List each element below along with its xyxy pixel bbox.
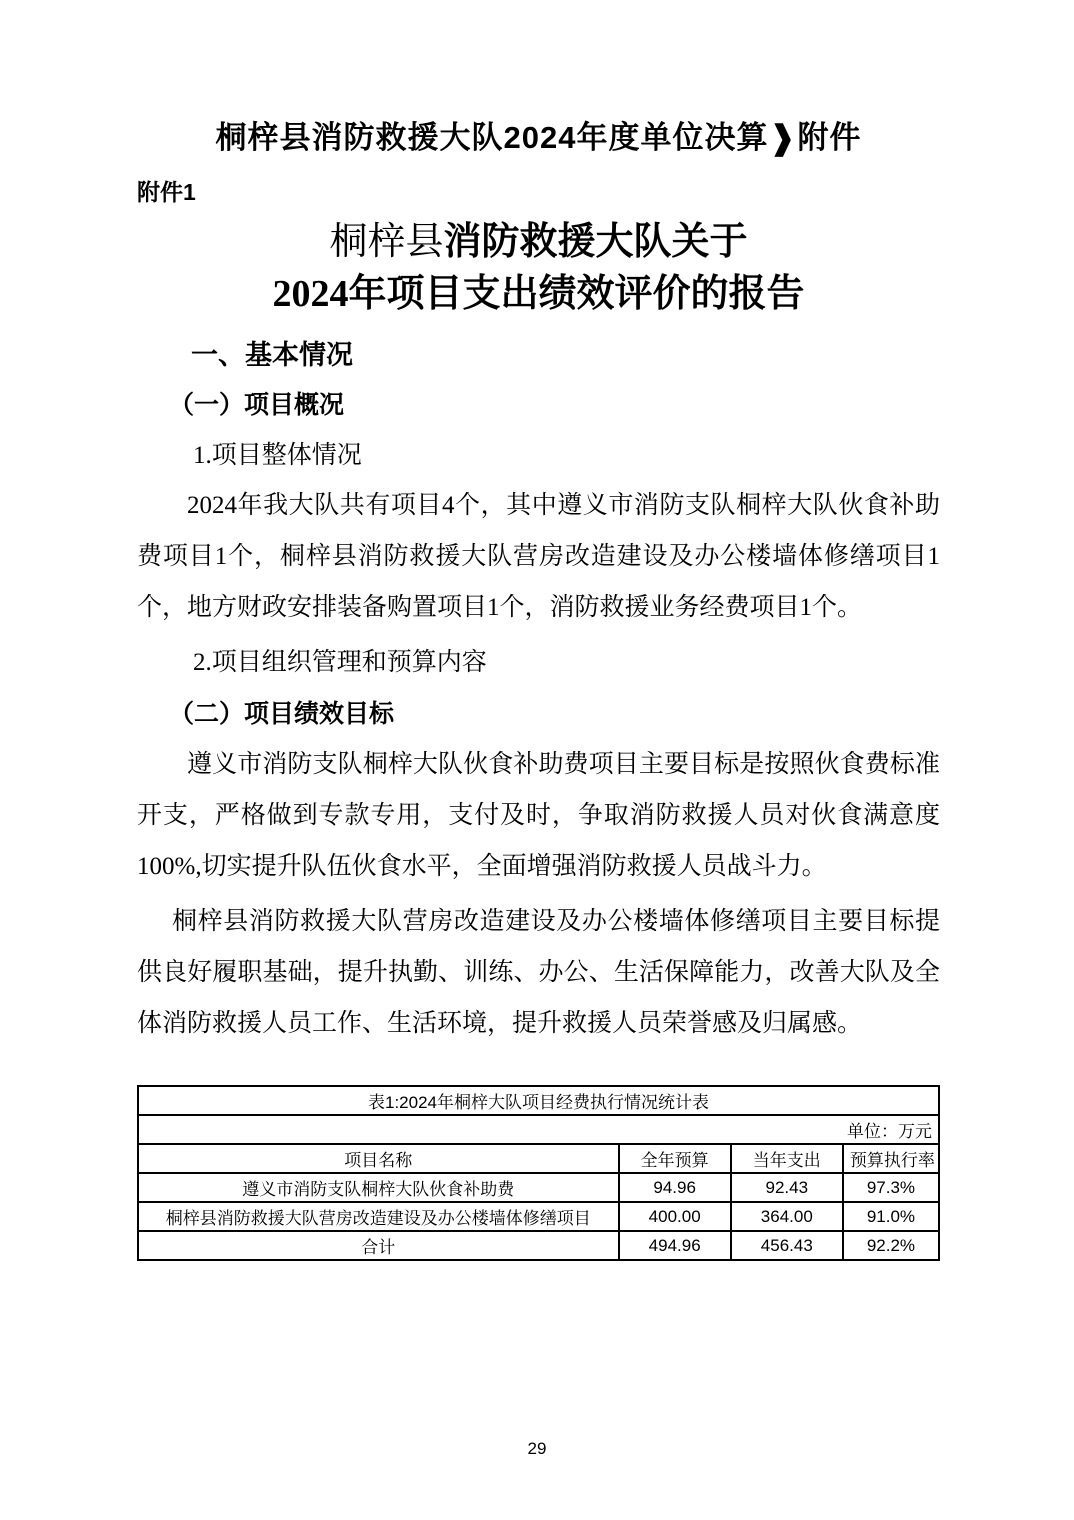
document-breadcrumb: 桐梓县消防救援大队2024年度单位决算❱附件	[137, 116, 940, 160]
item-heading-org-management: 2.项目组织管理和预算内容	[137, 643, 940, 683]
attachment-label: 附件1	[137, 176, 940, 208]
cell-project-name: 桐梓县消防救援大队营房改造建设及办公楼墙体修缮项目	[138, 1202, 619, 1231]
cell-execution-rate: 91.0%	[843, 1202, 939, 1231]
budget-execution-table: 表1:2024年桐梓大队项目经费执行情况统计表 单位：万元 项目名称 全年预算 …	[137, 1085, 940, 1261]
chevron-right-icon: ❱	[768, 115, 797, 161]
document-page: 桐梓县消防救援大队2024年度单位决算❱附件 附件1 桐梓县消防救援大队关于 2…	[0, 0, 1074, 1520]
item-heading-project-overall: 1.项目整体情况	[137, 436, 940, 476]
document-title-line2: 2024年项目支出绩效评价的报告	[137, 268, 940, 320]
table-unit-note: 单位：万元	[138, 1115, 939, 1144]
column-header-project-name: 项目名称	[138, 1144, 619, 1173]
table-unit-row: 单位：万元	[138, 1115, 939, 1144]
breadcrumb-attachment-text: 附件	[797, 120, 861, 155]
paragraph-canteen-goal: 遵义市消防支队桐梓大队伙食补助费项目主要目标是按照伙食费标准开支，严格做到专款专…	[137, 739, 940, 892]
table-row: 遵义市消防支队桐梓大队伙食补助费 94.96 92.43 97.3%	[138, 1173, 939, 1202]
cell-execution-rate: 97.3%	[843, 1173, 939, 1202]
table-total-row: 合计 494.96 456.43 92.2%	[138, 1231, 939, 1260]
cell-total-year-expenditure: 456.43	[731, 1231, 843, 1260]
column-header-annual-budget: 全年预算	[619, 1144, 731, 1173]
column-header-year-expenditure: 当年支出	[731, 1144, 843, 1173]
subsection-heading-project-overview: （一）项目概况	[137, 386, 940, 426]
title-line1-bold-text: 消防救援大队关于	[444, 221, 748, 263]
table-title: 表1:2024年桐梓大队项目经费执行情况统计表	[138, 1086, 939, 1115]
column-header-execution-rate: 预算执行率	[843, 1144, 939, 1173]
breadcrumb-title-text: 桐梓县消防救援大队2024年度单位决算	[216, 120, 769, 155]
cell-total-annual-budget: 494.96	[619, 1231, 731, 1260]
document-title-line1: 桐梓县消防救援大队关于	[137, 216, 940, 268]
cell-annual-budget: 94.96	[619, 1173, 731, 1202]
cell-year-expenditure: 364.00	[731, 1202, 843, 1231]
document-title: 桐梓县消防救援大队关于 2024年项目支出绩效评价的报告	[137, 216, 940, 320]
table-header-row: 项目名称 全年预算 当年支出 预算执行率	[138, 1144, 939, 1173]
cell-annual-budget: 400.00	[619, 1202, 731, 1231]
subsection-heading-performance-goals: （二）项目绩效目标	[137, 695, 940, 735]
cell-year-expenditure: 92.43	[731, 1173, 843, 1202]
document-content: 桐梓县消防救援大队2024年度单位决算❱附件 附件1 桐梓县消防救援大队关于 2…	[0, 0, 1074, 1261]
table-row: 桐梓县消防救援大队营房改造建设及办公楼墙体修缮项目 400.00 364.00 …	[138, 1202, 939, 1231]
title-line1-regular-text: 桐梓县	[329, 221, 443, 263]
cell-total-label: 合计	[138, 1231, 619, 1260]
cell-project-name: 遵义市消防支队桐梓大队伙食补助费	[138, 1173, 619, 1202]
section-heading-basic-info: 一、基本情况	[137, 336, 940, 374]
table-title-row: 表1:2024年桐梓大队项目经费执行情况统计表	[138, 1086, 939, 1115]
paragraph-renovation-goal: 桐梓县消防救援大队营房改造建设及办公楼墙体修缮项目主要目标提供良好履职基础，提升…	[137, 896, 940, 1049]
page-number: 29	[0, 1437, 1074, 1461]
cell-total-execution-rate: 92.2%	[843, 1231, 939, 1260]
paragraph-project-overview: 2024年我大队共有项目4个，其中遵义市消防支队桐梓大队伙食补助费项目1个，桐梓…	[137, 480, 940, 633]
